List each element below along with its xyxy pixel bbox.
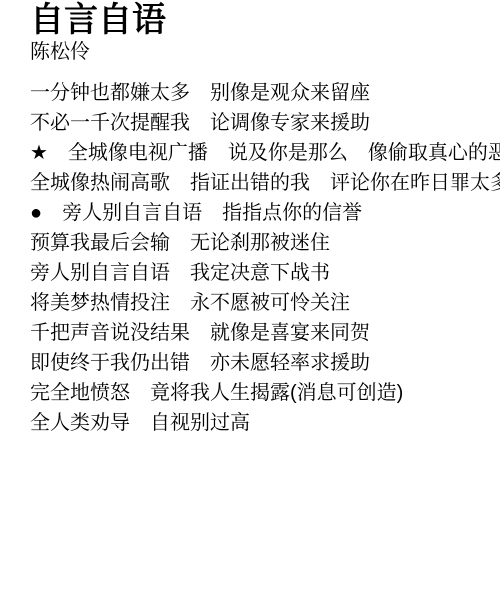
- lyric-line: 千把声音说没结果 就像是喜宴来同贺: [30, 318, 500, 348]
- lyric-line: 即使终于我仍出错 亦未愿轻率求援助: [30, 348, 500, 378]
- lyric-line: 一分钟也都嫌太多 别像是观众来留座: [30, 78, 500, 108]
- lyrics-block: 一分钟也都嫌太多 别像是观众来留座不必一千次提醒我 论调像专家来援助★ 全城像电…: [30, 78, 500, 438]
- lyric-line: 旁人别自言自语 我定决意下战书: [30, 258, 500, 288]
- artist-name: 陈松伶: [30, 40, 500, 65]
- lyrics-page: 自言自语 陈松伶 一分钟也都嫌太多 别像是观众来留座不必一千次提醒我 论调像专家…: [0, 0, 500, 610]
- lyric-line: 完全地愤怒 竟将我人生揭露(消息可创造): [30, 378, 500, 408]
- lyric-line: ★ 全城像电视广播 说及你是那么 像偷取真心的恶: [30, 138, 500, 168]
- lyric-line: 全城像热闹高歌 指证出错的我 评论你在昨日罪太多: [30, 168, 500, 198]
- song-title: 自言自语: [30, 0, 500, 40]
- lyric-line: 预算我最后会输 无论刹那被迷住: [30, 228, 500, 258]
- lyric-line: 不必一千次提醒我 论调像专家来援助: [30, 108, 500, 138]
- lyric-line: ● 旁人别自言自语 指指点你的信誉: [30, 198, 500, 228]
- lyric-line: 全人类劝导 自视别过高: [30, 408, 500, 438]
- lyric-line: 将美梦热情投注 永不愿被可怜关注: [30, 288, 500, 318]
